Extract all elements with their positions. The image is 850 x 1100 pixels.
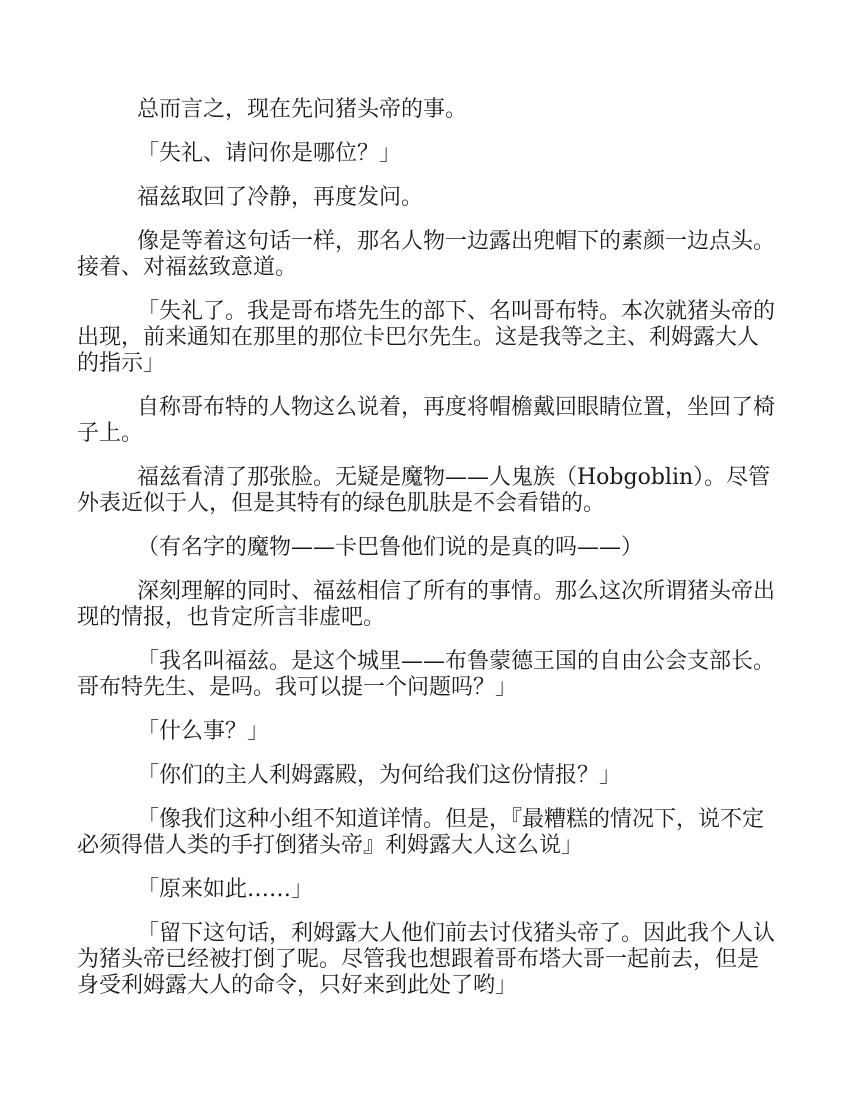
paragraph: 「什么事？」 [77, 719, 777, 745]
paragraph: 「失礼了。我是哥布塔先生的部下、名叫哥布特。本次就猪头帝的出现，前来通知在那里的… [77, 299, 777, 377]
paragraph: 「我名叫福兹。是这个城里——布鲁蒙德王国的自由公会支部长。哥布特先生、是吗。我可… [77, 649, 777, 701]
paragraph: 像是等着这句话一样，那名人物一边露出兜帽下的素颜一边点头。接着、对福兹致意道。 [77, 229, 777, 281]
paragraph: 福兹取回了冷静，再度发问。 [77, 185, 777, 211]
novel-text-content: 总而言之，现在先问猪头帝的事。「失礼、请问你是哪位？」福兹取回了冷静，再度发问。… [77, 97, 777, 999]
paragraph: 「留下这句话，利姆露大人他们前去讨伐猪头帝了。因此我个人认为猪头帝已经被打倒了呢… [77, 921, 777, 999]
paragraph: 自称哥布特的人物这么说着，再度将帽檐戴回眼睛位置，坐回了椅子上。 [77, 395, 777, 447]
paragraph: 深刻理解的同时、福兹相信了所有的事情。那么这次所谓猪头帝出现的情报，也肯定所言非… [77, 579, 777, 631]
paragraph: 福兹看清了那张脸。无疑是魔物——人鬼族（Hobgoblin）。尽管外表近似于人，… [77, 465, 777, 517]
paragraph: 总而言之，现在先问猪头帝的事。 [77, 97, 777, 123]
document-page: 总而言之，现在先问猪头帝的事。「失礼、请问你是哪位？」福兹取回了冷静，再度发问。… [0, 0, 850, 1100]
paragraph: 「原来如此……」 [77, 877, 777, 903]
paragraph: 「你们的主人利姆露殿，为何给我们这份情报？」 [77, 763, 777, 789]
paragraph: 「失礼、请问你是哪位？」 [77, 141, 777, 167]
paragraph: （有名字的魔物——卡巴鲁他们说的是真的吗——） [77, 535, 777, 561]
paragraph: 「像我们这种小组不知道详情。但是，『最糟糕的情况下，说不定必须得借人类的手打倒猪… [77, 807, 777, 859]
